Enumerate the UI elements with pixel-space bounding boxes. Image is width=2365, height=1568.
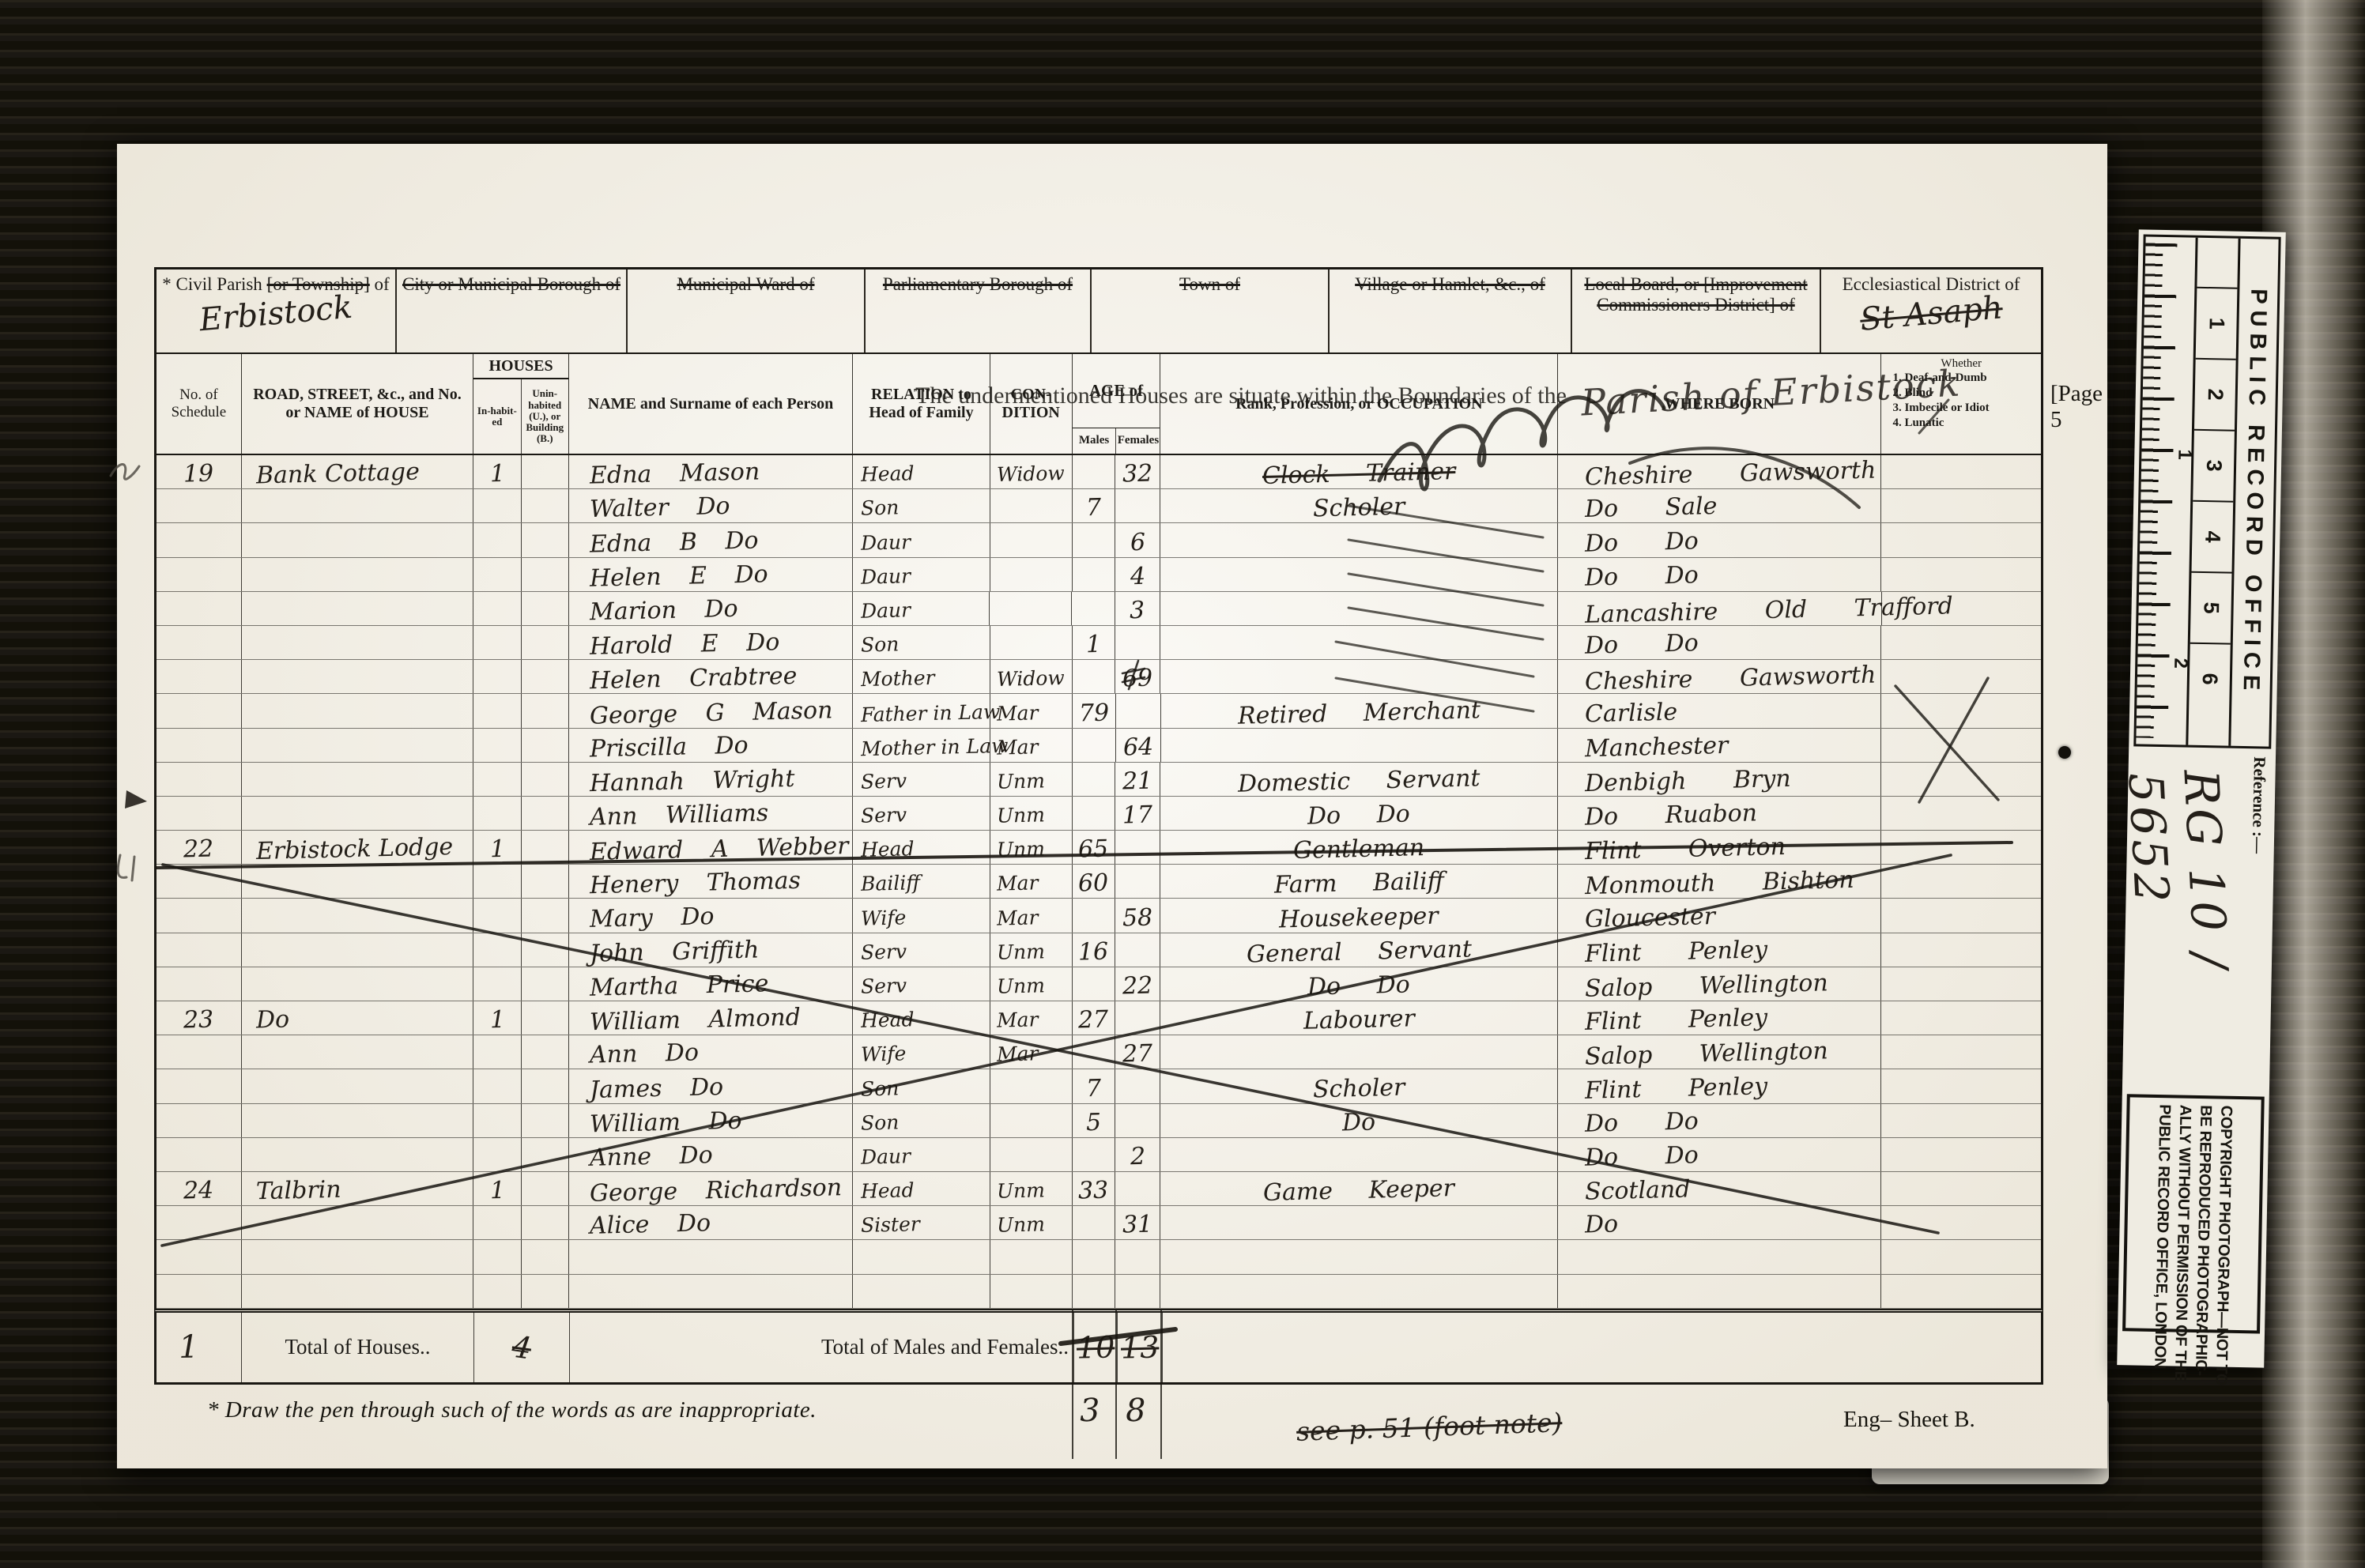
cell-relation: Son (853, 1104, 990, 1137)
cell-condition: Mar (990, 1001, 1073, 1035)
cell-f: 3 (1115, 592, 1160, 625)
cell-name: Priscilla Do (569, 729, 853, 762)
cell-uninh (522, 1138, 569, 1171)
cell-name (569, 1275, 853, 1308)
cell-dis (1881, 660, 2041, 693)
cell-schedule (157, 933, 242, 967)
cell-relation: Head (853, 1172, 990, 1205)
cell-schedule (157, 1069, 242, 1102)
header-field-label: Village or Hamlet, &c., of (1330, 274, 1571, 295)
cell-relation (853, 1240, 990, 1273)
pro-ruler: PUBLIC RECORD OFFICE 123456 1 2 (2133, 234, 2280, 748)
cell-f: 1 (1115, 626, 1160, 659)
cell-inh: 1 (473, 831, 522, 864)
cell-born: Do Do (1558, 1104, 1881, 1137)
cell-schedule (157, 626, 242, 659)
cell-occ (1160, 592, 1558, 625)
header-field: Local Board, or [Improvement Commissione… (1572, 269, 1821, 352)
table-row: 23Do1William AlmondHeadMar27LabourerFlin… (157, 1001, 2041, 1035)
cell-m (1073, 899, 1116, 932)
cell-condition (990, 1275, 1073, 1308)
cell-dis (1881, 1172, 2041, 1205)
cell-relation: Wife (853, 899, 990, 932)
cell-condition (990, 523, 1073, 556)
copyright-line: COPYRIGHT PHOTOGRAPH—NOT TO (2212, 1105, 2236, 1323)
col-schedule: No. of Schedule (157, 354, 242, 454)
header-field-label: * Civil Parish [or Township] of (157, 274, 395, 295)
cell-occ: Labourer (1160, 1001, 1558, 1035)
cell-occ: Housekeeper (1160, 899, 1558, 932)
cell-born: Manchester (1558, 729, 1881, 762)
cell-uninh (522, 592, 569, 625)
cell-schedule (157, 1275, 242, 1308)
cell-m (1073, 1240, 1116, 1273)
col-females: Females (1116, 428, 1160, 454)
cell-schedule (157, 1138, 242, 1171)
cell-born: Lancashire Old Trafford (1558, 592, 1882, 625)
cell-f: 31 (1115, 1206, 1160, 1239)
cell-dis (1881, 694, 2041, 727)
cell-inh (473, 1035, 522, 1069)
cell-name: John Griffith (569, 933, 853, 967)
cell-schedule: 19 (157, 455, 242, 488)
table-row: Helen CrabtreeMotherWidow69Cheshire Gaws… (157, 660, 2041, 694)
cell-relation: Father in Law (853, 694, 990, 727)
cell-relation: Mother (853, 660, 990, 693)
totals-males: 10 (1074, 1313, 1118, 1382)
cell-schedule: 22 (157, 831, 242, 864)
cell-born: Flint Penley (1558, 1069, 1881, 1102)
cell-road: Bank Cottage (242, 455, 473, 488)
cell-occ: Do Do (1160, 797, 1558, 830)
cell-schedule (157, 694, 242, 727)
cell-condition: Unm (990, 763, 1073, 796)
cell-f: 64 (1116, 729, 1161, 762)
cell-name: Alice Do (569, 1206, 853, 1239)
cell-road (242, 763, 473, 796)
cell-f (1115, 865, 1160, 898)
cell-road (242, 489, 473, 522)
cell-relation: Wife (853, 1035, 990, 1069)
totals-houses-label: Total of Houses.. (242, 1313, 474, 1382)
cell-f: 22 (1115, 967, 1160, 1001)
cell-road: Erbistock Lodge (242, 831, 473, 864)
cell-born: Do Do (1558, 523, 1881, 556)
cell-born: Monmouth Bishton (1558, 865, 1881, 898)
cell-m (1073, 1275, 1116, 1308)
cell-inh (473, 1275, 522, 1308)
totals-band: 1 Total of Houses.. 4 Total of Males and… (154, 1309, 2043, 1385)
cell-occ: Game Keeper (1160, 1172, 1558, 1205)
table-row: Hannah WrightServUnm21Domestic ServantDe… (157, 763, 2041, 797)
cell-m (1073, 523, 1116, 556)
cell-condition (990, 592, 1072, 625)
header-field-label: City or Municipal Borough of (397, 274, 626, 295)
cell-uninh (522, 797, 569, 830)
cell-road: Do (242, 1001, 473, 1035)
cell-schedule (157, 1240, 242, 1273)
cell-relation: Daur (853, 523, 990, 556)
cell-road (242, 626, 473, 659)
cell-name: George Richardson (569, 1172, 853, 1205)
cell-m: 5 (1073, 1104, 1116, 1137)
cell-inh (473, 797, 522, 830)
cell-road (242, 660, 473, 693)
table-body: 19Bank Cottage1Edna MasonHeadWidow32Cloc… (154, 455, 2043, 1309)
cell-m (1073, 1138, 1116, 1171)
cell-inh (473, 626, 522, 659)
ruler-cm-1: 1 (2173, 449, 2195, 460)
cell-dis (1881, 1069, 2041, 1102)
col-age: AGE of Males Females (1073, 354, 1161, 454)
cell-f (1115, 933, 1160, 967)
cell-schedule (157, 1104, 242, 1137)
col-disability-title: Whether (1884, 357, 2038, 371)
corrected-females: 8 (1125, 1393, 1146, 1430)
cell-name: Ann Do (569, 1035, 853, 1069)
table-row: Walter DoSon7ScholerDo Sale (157, 489, 2041, 523)
totals-left-mark: 1 (157, 1313, 242, 1382)
cell-schedule (157, 763, 242, 796)
table-row: George G MasonFather in LawMar79Retired … (157, 694, 2041, 728)
cell-born: Flint Overton (1558, 831, 1881, 864)
cell-name: Helen Crabtree (569, 660, 853, 693)
cell-occ (1160, 1138, 1558, 1171)
cell-condition (990, 489, 1073, 522)
cell-road (242, 933, 473, 967)
cell-dis (1881, 455, 2041, 488)
cell-schedule (157, 1035, 242, 1069)
totals-mf-label: Total of Males and Females.. (570, 1313, 1074, 1382)
cell-born (1558, 1240, 1881, 1273)
cell-f (1115, 1001, 1160, 1035)
cell-relation (853, 1275, 990, 1308)
col-occupation: Rank, Profession, or OCCUPATION (1160, 354, 1558, 454)
page-number-label: [Page 5 (2050, 381, 2107, 433)
cell-inh (473, 660, 522, 693)
cell-occ (1160, 1240, 1558, 1273)
cell-relation: Serv (853, 933, 990, 967)
cell-occ: Farm Bailiff (1160, 865, 1558, 898)
cell-occ (1160, 1206, 1558, 1239)
cell-uninh (522, 967, 569, 1001)
col-disability-item: 4. Lunatic (1884, 416, 2038, 431)
cell-name: Harold E Do (569, 626, 853, 659)
cell-name: Mary Do (569, 899, 853, 932)
cell-inh: 1 (473, 1001, 522, 1035)
cell-schedule: 24 (157, 1172, 242, 1205)
cell-occ: Do Do (1160, 967, 1558, 1001)
table-row (157, 1240, 2041, 1274)
ruler-inch-number: 1 (2196, 287, 2238, 359)
cell-road (242, 1206, 473, 1239)
cell-condition: Unm (990, 831, 1073, 864)
cell-f (1115, 1240, 1160, 1273)
cell-name: William Do (569, 1104, 853, 1137)
cell-f (1115, 1069, 1160, 1102)
cell-inh (473, 967, 522, 1001)
cell-m (1073, 797, 1116, 830)
cell-condition (990, 626, 1073, 659)
cell-m: 7 (1073, 489, 1116, 522)
cell-name: Edna B Do (569, 523, 853, 556)
cell-uninh (522, 1001, 569, 1035)
cell-name: Walter Do (569, 489, 853, 522)
census-table: * Civil Parish [or Township] ofErbistock… (154, 267, 2043, 1385)
cell-m (1073, 967, 1116, 1001)
cell-condition (990, 1138, 1073, 1171)
cell-uninh (522, 865, 569, 898)
cell-m: 65 (1073, 831, 1116, 864)
cell-dis (1881, 1035, 2041, 1069)
ruler-inch-number: 6 (2189, 643, 2231, 714)
cell-dis (1881, 865, 2041, 898)
cell-m (1072, 592, 1115, 625)
cell-name: Edward A Webber (569, 831, 853, 864)
header-field-value: St Asaph (1858, 290, 2004, 337)
cell-schedule (157, 489, 242, 522)
cell-uninh (522, 660, 569, 693)
census-scan-canvas: 11 The undermentioned Houses are situate… (0, 0, 2365, 1568)
table-row: James DoSon7ScholerFlint Penley (157, 1069, 2041, 1103)
cell-dis (1881, 797, 2041, 830)
cell-condition (990, 1069, 1073, 1102)
cell-relation: Head (853, 1001, 990, 1035)
cell-occ: Scholer (1160, 489, 1558, 522)
cell-relation: Son (853, 489, 990, 522)
header-field: Town of (1092, 269, 1330, 352)
table-row: 24Talbrin1George RichardsonHeadUnm33Game… (157, 1172, 2041, 1206)
ruler-ticks: 1 2 (2136, 237, 2195, 745)
cell-occ: Clock Trainer (1160, 455, 1558, 488)
header-field-label: Municipal Ward of (628, 274, 864, 295)
cell-dis (1881, 1240, 2041, 1273)
cell-uninh (522, 899, 569, 932)
cell-relation: Daur (853, 1138, 990, 1171)
ruler-inch-number: 3 (2193, 429, 2235, 501)
rule-extension (1160, 1310, 1162, 1459)
cell-condition (990, 1104, 1073, 1137)
cell-occ (1160, 523, 1558, 556)
cell-inh: 1 (473, 455, 522, 488)
cell-m (1073, 455, 1116, 488)
cell-m: 79 (1073, 694, 1116, 727)
cell-occ (1161, 729, 1559, 762)
cell-uninh (522, 558, 569, 591)
cell-f: 17 (1115, 797, 1160, 830)
cell-uninh (522, 1206, 569, 1239)
totals-empty (1163, 1313, 2041, 1382)
cell-f: 58 (1115, 899, 1160, 932)
cell-name: Marion Do (569, 592, 853, 625)
reference-value: RG 10 / 5652 (2117, 768, 2244, 1098)
cell-inh (473, 933, 522, 967)
col-disability-item: 2. Blind (1884, 386, 2038, 401)
cell-m (1073, 763, 1116, 796)
cell-inh (473, 899, 522, 932)
cell-road (242, 558, 473, 591)
cell-dis (1881, 1275, 2041, 1308)
reference-label: Reference :— (2248, 756, 2269, 854)
cell-f: 27 (1115, 1035, 1160, 1069)
table-row: John GriffithServUnm16General ServantFli… (157, 933, 2041, 967)
cell-uninh (522, 933, 569, 967)
cell-road (242, 1035, 473, 1069)
cell-born: Scotland (1558, 1172, 1881, 1205)
cell-born: Gloucester (1558, 899, 1881, 932)
col-houses: HOUSES In-habit-ed Unin-habited (U.), or… (473, 354, 569, 454)
cell-m: 7 (1073, 1069, 1116, 1102)
corrected-males: 3 (1079, 1393, 1100, 1430)
cell-relation: Daur (853, 558, 990, 591)
cell-inh (473, 489, 522, 522)
rule-extension (1072, 1310, 1073, 1459)
table-row: 22Erbistock Lodge1Edward A WebberHeadUnm… (157, 831, 2041, 865)
copyright-line: BE REPRODUCED PHOTOGRAPHIC- (2191, 1105, 2216, 1323)
cell-condition: Mar (990, 694, 1073, 727)
cell-inh (473, 523, 522, 556)
cell-born: Do Do (1558, 626, 1881, 659)
cell-uninh (522, 1240, 569, 1273)
col-disability-item: 3. Imbecile or Idiot (1884, 401, 2038, 416)
cell-relation: Son (853, 626, 990, 659)
cell-f (1115, 831, 1160, 864)
table-row: Henery ThomasBailiffMar60Farm BailiffMon… (157, 865, 2041, 899)
cell-m (1073, 1206, 1116, 1239)
cell-f (1116, 694, 1161, 727)
cell-m (1073, 660, 1116, 693)
cell-uninh (522, 523, 569, 556)
cell-uninh (522, 1069, 569, 1102)
cell-uninh (522, 831, 569, 864)
cell-inh (473, 1240, 522, 1273)
cell-relation: Head (853, 831, 990, 864)
cell-road (242, 592, 473, 625)
cell-inh: 1 (473, 1172, 522, 1205)
cell-m: 60 (1073, 865, 1116, 898)
header-field-label: Town of (1092, 274, 1328, 295)
cell-relation: Serv (853, 763, 990, 796)
cell-uninh (522, 626, 569, 659)
cell-name: Martha Price (569, 967, 853, 1001)
cell-occ: Scholer (1160, 1069, 1558, 1102)
cell-m: 33 (1073, 1172, 1116, 1205)
cell-road (242, 865, 473, 898)
cell-road (242, 1240, 473, 1273)
census-page: 11 The undermentioned Houses are situate… (117, 144, 2107, 1468)
cell-road (242, 1275, 473, 1308)
col-road: ROAD, STREET, &c., and No. or NAME of HO… (242, 354, 473, 454)
cell-born: Flint Penley (1558, 1001, 1881, 1035)
header-field: Municipal Ward of (628, 269, 866, 352)
cell-born: Do Ruabon (1558, 797, 1881, 830)
col-disability: Whether 1. Deaf-and-Dumb2. Blind3. Imbec… (1881, 354, 2041, 454)
hole-punch (2058, 746, 2071, 759)
totals-females: 13 (1118, 1313, 1163, 1382)
cell-f: 69 (1115, 660, 1160, 693)
cell-road (242, 967, 473, 1001)
cell-born: Do Sale (1558, 489, 1881, 522)
cell-name: George G Mason (569, 694, 853, 727)
cell-dis (1881, 967, 2041, 1001)
cell-dis (1881, 831, 2041, 864)
cell-occ: Do (1160, 1104, 1558, 1137)
cell-uninh (522, 455, 569, 488)
cell-f: 21 (1115, 763, 1160, 796)
ruler-inch-number: 5 (2190, 571, 2232, 643)
cell-dis (1881, 1001, 2041, 1035)
cell-occ: Domestic Servant (1160, 763, 1558, 796)
cell-occ: Gentleman (1160, 831, 1558, 864)
cell-schedule (157, 523, 242, 556)
pro-reference-section: Reference :— RG 10 / 5652 (2127, 746, 2271, 1096)
cell-f (1115, 489, 1160, 522)
cell-occ (1160, 558, 1558, 591)
cell-born: Do Do (1558, 558, 1881, 591)
cell-occ: General Servant (1160, 933, 1558, 967)
table-row (157, 1275, 2041, 1309)
cell-name: Helen E Do (569, 558, 853, 591)
copyright-box: COPYRIGHT PHOTOGRAPH—NOT TOBE REPRODUCED… (2122, 1094, 2265, 1333)
col-name: NAME and Surname of each Person (569, 354, 853, 454)
cell-f (1115, 1104, 1160, 1137)
header-field-label: Ecclesiastical District of (1821, 274, 2041, 295)
table-row: Priscilla DoMother in LawMar64Manchester (157, 729, 2041, 763)
footnote: * Draw the pen through such of the words… (207, 1397, 817, 1423)
cell-road (242, 899, 473, 932)
header-field: Parliamentary Borough of (866, 269, 1092, 352)
cell-dis (1881, 558, 2041, 591)
table-row: Alice DoSisterUnm31Do (157, 1206, 2041, 1240)
cell-name: Henery Thomas (569, 865, 853, 898)
cell-f (1115, 1275, 1160, 1308)
header-field: Ecclesiastical District ofSt Asaph (1821, 269, 2041, 352)
cell-m: 16 (1073, 933, 1116, 967)
cell-schedule (157, 1206, 242, 1239)
table-row: 19Bank Cottage1Edna MasonHeadWidow32Cloc… (157, 455, 2041, 489)
cell-condition: Mar (990, 865, 1073, 898)
cell-schedule (157, 865, 242, 898)
cell-name: James Do (569, 1069, 853, 1102)
cell-condition: Unm (990, 967, 1073, 1001)
col-relation: RELATION to Head of Family (853, 354, 990, 454)
cell-road (242, 523, 473, 556)
table-row: Mary DoWifeMar58HousekeeperGloucester (157, 899, 2041, 933)
table-row: Helen E DoDaur4Do Do (157, 558, 2041, 592)
cell-condition: Unm (990, 1206, 1073, 1239)
cell-uninh (522, 1275, 569, 1308)
cell-f (1115, 1172, 1160, 1205)
cell-born: Denbigh Bryn (1558, 763, 1881, 796)
cell-road (242, 1104, 473, 1137)
cell-uninh (522, 1104, 569, 1137)
cell-inh (473, 729, 522, 762)
cell-condition: Unm (990, 797, 1073, 830)
cell-m (1073, 1035, 1116, 1069)
cell-condition: Mar (990, 899, 1073, 932)
header-field-label: Parliamentary Borough of (866, 274, 1090, 295)
cell-schedule (157, 967, 242, 1001)
cell-f: 2 (1115, 1138, 1160, 1171)
cell-relation: Head (853, 455, 990, 488)
table-row: Ann WilliamsServUnm17Do DoDo Ruabon (157, 797, 2041, 831)
cell-dis (1881, 729, 2041, 762)
copyright-line: ALLY WITHOUT PERMISSION OF THE (2171, 1104, 2195, 1322)
table-row: Marion DoDaur3Lancashire Old Trafford (157, 592, 2041, 626)
cell-uninh (522, 694, 569, 727)
cell-name: William Almond (569, 1001, 853, 1035)
cell-inh (473, 1069, 522, 1102)
